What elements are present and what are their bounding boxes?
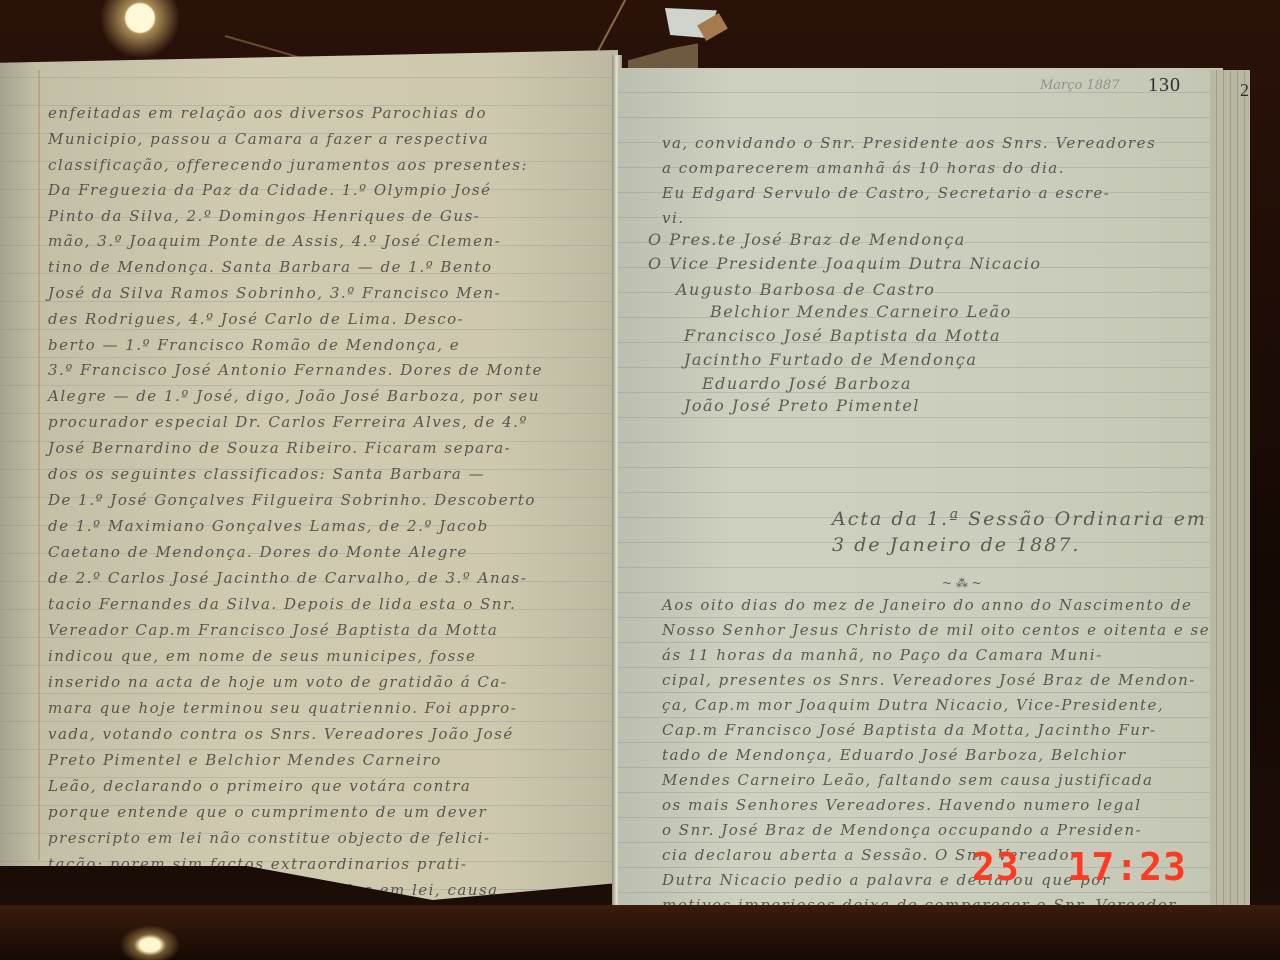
handwritten-line: Cap.m Francisco José Baptista da Motta, … (662, 721, 1157, 739)
signature: O Pres.te José Braz de Mendonça (648, 230, 966, 249)
handwritten-line: prescripto em lei não constitue objecto … (48, 829, 491, 847)
handwritten-line: Pinto da Silva, 2.º Domingos Henriques d… (48, 207, 480, 225)
handwritten-line: Da Freguezia da Paz da Cidade. 1.º Olymp… (48, 181, 491, 199)
handwritten-line: des Rodrigues, 4.º José Carlo de Lima. D… (48, 310, 464, 328)
signature: Belchior Mendes Carneiro Leão (710, 302, 1012, 321)
handwritten-line: José da Silva Ramos Sobrinho, 3.º Franci… (48, 284, 501, 302)
handwritten-line: Preto Pimentel e Belchior Mendes Carneir… (48, 751, 442, 769)
handwritten-line: Vereador Cap.m Francisco José Baptista d… (48, 621, 498, 639)
handwritten-line: procurador especial Dr. Carlos Ferreira … (48, 413, 528, 431)
ornament: ~ ⁂ ~ (942, 576, 982, 590)
right-page: va, convidando o Snr. Presidente aos Snr… (618, 68, 1223, 913)
handwritten-line: os mais Senhores Vereadores. Havendo num… (662, 796, 1142, 814)
handwritten-line: tado de Mendonça, Eduardo José Barboza, … (662, 746, 1127, 764)
handwritten-line: ás 11 horas da manhã, no Paço da Camara … (662, 646, 1103, 664)
handwritten-line: dos os seguintes classificados: Santa Ba… (48, 465, 485, 483)
handwritten-line: classificação, offerecendo juramentos ao… (48, 156, 528, 174)
table-edge (0, 905, 1280, 960)
handwritten-line: inserido na acta de hoje um voto de grat… (48, 673, 507, 691)
handwritten-line: Caetano de Mendonça. Dores do Monte Aleg… (48, 543, 468, 561)
page-number: 130 (1148, 74, 1181, 97)
handwritten-line: mara que hoje terminou seu quatriennio. … (48, 699, 517, 717)
handwritten-line: 3.º Francisco José Antonio Fernandes. Do… (48, 361, 543, 379)
handwritten-line: mão, 3.º Joaquim Ponte de Assis, 4.º Jos… (48, 232, 501, 250)
handwritten-line: Eu Edgard Servulo de Castro, Secretario … (662, 184, 1110, 202)
handwritten-line: de 2.º Carlos José Jacintho de Carvalho,… (48, 569, 527, 587)
handwritten-line: a comparecerem amanhã ás 10 horas do dia… (662, 159, 1065, 177)
section-heading: Acta da 1.ª Sessão Ordinaria em (832, 508, 1207, 530)
next-page-number: 2 (1240, 80, 1249, 101)
page-stack-edge (1210, 70, 1250, 910)
left-page: enfeitadas em relação aos diversos Paroc… (0, 50, 618, 900)
handwritten-line: José Bernardino de Souza Ribeiro. Ficara… (48, 439, 511, 457)
handwritten-line: indicou que, em nome de seus municipes, … (48, 647, 476, 665)
handwritten-line: Mendes Carneiro Leão, faltando sem causa… (662, 771, 1153, 789)
handwritten-line: Nosso Senhor Jesus Christo de mil oito c… (662, 621, 1223, 639)
section-heading: 3 de Janeiro de 1887. (832, 534, 1080, 556)
pencil-note: Março 1887 (1040, 78, 1120, 93)
handwritten-line: De 1.º José Gonçalves Filgueira Sobrinho… (48, 491, 536, 509)
handwritten-line: tacio Fernandes da Silva. Depois de lida… (48, 595, 516, 613)
handwritten-line: o Snr. José Braz de Mendonça occupando a… (662, 821, 1142, 839)
handwritten-line: cipal, presentes os Snrs. Vereadores Jos… (662, 671, 1196, 689)
handwritten-line: de 1.º Maximiano Gonçalves Lamas, de 2.º… (48, 517, 489, 535)
handwritten-line: vada, votando contra os Snrs. Vereadores… (48, 725, 514, 743)
handwritten-line: tino de Mendonça. Santa Barbara — de 1.º… (48, 258, 493, 276)
handwritten-line: va, convidando o Snr. Presidente aos Snr… (662, 134, 1156, 152)
handwritten-line: Aos oito dias do mez de Janeiro do anno … (662, 596, 1192, 614)
light-reflection (120, 925, 180, 960)
handwritten-line: vi. (662, 209, 685, 227)
signature: Augusto Barbosa de Castro (676, 280, 935, 299)
handwritten-line: porque entende que o cumprimento de um d… (48, 803, 487, 821)
camera-timestamp: 23 17:23 (972, 848, 1187, 886)
signature: O Vice Presidente Joaquim Dutra Nicacio (648, 254, 1042, 273)
signature: João José Preto Pimentel (684, 396, 920, 415)
handwritten-line: ça, Cap.m mor Joaquim Dutra Nicacio, Vic… (662, 696, 1164, 714)
handwritten-line: enfeitadas em relação aos diversos Paroc… (48, 104, 487, 122)
handwritten-line: Municipio, passou a Camara a fazer a res… (48, 130, 489, 148)
handwritten-line: Leão, declarando o primeiro que votára c… (48, 777, 471, 795)
handwritten-line: Alegre — de 1.º José, digo, João José Ba… (48, 387, 540, 405)
signature: Francisco José Baptista da Motta (684, 326, 1001, 345)
handwritten-line: berto — 1.º Francisco Romão de Mendonça,… (48, 336, 460, 354)
signature: Jacintho Furtado de Mendonça (684, 350, 977, 369)
signature: Eduardo José Barboza (702, 374, 912, 393)
